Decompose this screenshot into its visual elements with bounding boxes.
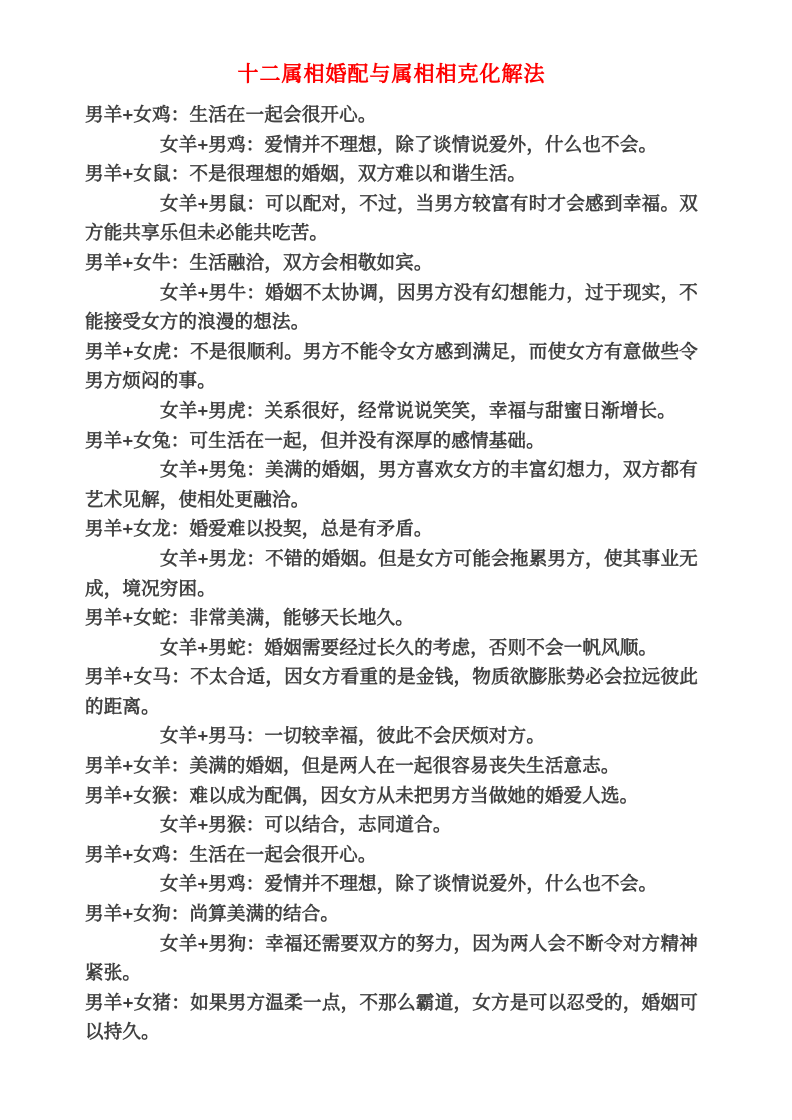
pair-label: 女羊+男鸡： — [160, 134, 265, 155]
zodiac-pair-entry: 男羊+女牛：生活融洽，双方会相敬如宾。 — [85, 248, 698, 278]
pair-label: 男羊+女羊： — [85, 755, 190, 776]
entry-description: 不是很理想的婚姻，双方难以和谐生活。 — [190, 163, 527, 184]
zodiac-pair-entry: 男羊+女鸡：生活在一起会很开心。 — [85, 100, 698, 130]
pair-label: 女羊+男狗： — [160, 933, 265, 954]
entry-description: 一切较幸福，彼此不会厌烦对方。 — [265, 725, 546, 746]
zodiac-pair-entry: 女羊+男蛇：婚姻需要经过长久的考虑，否则不会一帆风顺。 — [85, 633, 698, 663]
pair-label: 女羊+男兔： — [160, 459, 265, 480]
zodiac-pair-entry: 男羊+女虎：不是很顺利。男方不能令女方感到满足，而使女方有意做些令男方烦闷的事。 — [85, 337, 698, 396]
entry-description: 婚爱难以投契，总是有矛盾。 — [190, 518, 433, 539]
entry-description: 生活在一起会很开心。 — [190, 844, 377, 865]
entry-description: 爱情并不理想，除了谈情说爱外，什么也不会。 — [265, 134, 658, 155]
zodiac-pair-entry: 男羊+女羊：美满的婚姻，但是两人在一起很容易丧失生活意志。 — [85, 751, 698, 781]
pair-label: 男羊+女兔： — [85, 430, 190, 451]
pair-label: 男羊+女狗： — [85, 903, 190, 924]
document-title: 十二属相婚配与属相相克化解法 — [85, 60, 698, 90]
zodiac-pair-entry: 男羊+女鼠：不是很理想的婚姻，双方难以和谐生活。 — [85, 159, 698, 189]
pair-label: 男羊+女马： — [85, 666, 190, 687]
zodiac-pair-entry: 女羊+男鼠：可以配对，不过，当男方较富有时才会感到幸福。双方能共享乐但未必能共吃… — [85, 189, 698, 248]
pair-label: 男羊+女鼠： — [85, 163, 190, 184]
zodiac-pair-entry: 男羊+女龙：婚爱难以投契，总是有矛盾。 — [85, 514, 698, 544]
document-page: 十二属相婚配与属相相克化解法 男羊+女鸡：生活在一起会很开心。女羊+男鸡：爱情并… — [0, 0, 792, 1120]
pair-label: 男羊+女龙： — [85, 518, 190, 539]
entry-description: 关系很好，经常说说笑笑，幸福与甜蜜日渐增长。 — [265, 400, 676, 421]
entry-description: 生活融洽，双方会相敬如宾。 — [190, 252, 433, 273]
pair-label: 女羊+男猴： — [160, 814, 265, 835]
pair-label: 女羊+男龙： — [160, 548, 265, 569]
zodiac-pair-entry: 女羊+男鸡：爱情并不理想，除了谈情说爱外，什么也不会。 — [85, 130, 698, 160]
pair-label: 男羊+女虎： — [85, 341, 190, 362]
pair-label: 男羊+女牛： — [85, 252, 190, 273]
zodiac-pair-entry: 男羊+女猪：如果男方温柔一点，不那么霸道，女方是可以忍受的，婚姻可以持久。 — [85, 988, 698, 1047]
pair-label: 女羊+男鼠： — [160, 193, 265, 214]
entry-description: 尚算美满的结合。 — [190, 903, 340, 924]
pair-label: 男羊+女蛇： — [85, 607, 190, 628]
zodiac-pair-entry: 女羊+男狗：幸福还需要双方的努力，因为两人会不断令对方精神紧张。 — [85, 929, 698, 988]
entry-description: 可以结合，志同道合。 — [265, 814, 452, 835]
entry-description: 美满的婚姻，但是两人在一起很容易丧失生活意志。 — [190, 755, 620, 776]
entry-description: 难以成为配偶，因女方从未把男方当做她的婚爱人选。 — [190, 785, 639, 806]
zodiac-pair-entry: 女羊+男虎：关系很好，经常说说笑笑，幸福与甜蜜日渐增长。 — [85, 396, 698, 426]
pair-label: 男羊+女鸡： — [85, 104, 190, 125]
zodiac-pair-entry: 男羊+女兔：可生活在一起，但并没有深厚的感情基础。 — [85, 426, 698, 456]
zodiac-pair-entry: 男羊+女狗：尚算美满的结合。 — [85, 899, 698, 929]
pair-label: 男羊+女鸡： — [85, 844, 190, 865]
zodiac-pair-entry: 女羊+男马：一切较幸福，彼此不会厌烦对方。 — [85, 721, 698, 751]
entry-description: 非常美满，能够天长地久。 — [190, 607, 414, 628]
pair-label: 女羊+男虎： — [160, 400, 265, 421]
zodiac-pair-entry: 女羊+男鸡：爱情并不理想，除了谈情说爱外，什么也不会。 — [85, 869, 698, 899]
entries-list: 男羊+女鸡：生活在一起会很开心。女羊+男鸡：爱情并不理想，除了谈情说爱外，什么也… — [85, 100, 698, 1047]
pair-label: 女羊+男马： — [160, 725, 265, 746]
entry-description: 生活在一起会很开心。 — [190, 104, 377, 125]
zodiac-pair-entry: 男羊+女猴：难以成为配偶，因女方从未把男方当做她的婚爱人选。 — [85, 781, 698, 811]
zodiac-pair-entry: 女羊+男猴：可以结合，志同道合。 — [85, 810, 698, 840]
zodiac-pair-entry: 男羊+女蛇：非常美满，能够天长地久。 — [85, 603, 698, 633]
pair-label: 男羊+女猪： — [85, 992, 190, 1013]
entry-description: 婚姻需要经过长久的考虑，否则不会一帆风顺。 — [265, 637, 658, 658]
pair-label: 男羊+女猴： — [85, 785, 190, 806]
zodiac-pair-entry: 男羊+女鸡：生活在一起会很开心。 — [85, 840, 698, 870]
pair-label: 女羊+男蛇： — [160, 637, 265, 658]
entry-description: 爱情并不理想，除了谈情说爱外，什么也不会。 — [265, 873, 658, 894]
zodiac-pair-entry: 女羊+男龙：不错的婚姻。但是女方可能会拖累男方，使其事业无成，境况穷困。 — [85, 544, 698, 603]
zodiac-pair-entry: 女羊+男牛：婚姻不太协调，因男方没有幻想能力，过于现实，不能接受女方的浪漫的想法… — [85, 278, 698, 337]
zodiac-pair-entry: 男羊+女马：不太合适，因女方看重的是金钱，物质欲膨胀势必会拉远彼此的距离。 — [85, 662, 698, 721]
entry-description: 可生活在一起，但并没有深厚的感情基础。 — [190, 430, 545, 451]
zodiac-pair-entry: 女羊+男兔：美满的婚姻，男方喜欢女方的丰富幻想力，双方都有艺术见解，使相处更融洽… — [85, 455, 698, 514]
pair-label: 女羊+男牛： — [160, 282, 265, 303]
pair-label: 女羊+男鸡： — [160, 873, 265, 894]
